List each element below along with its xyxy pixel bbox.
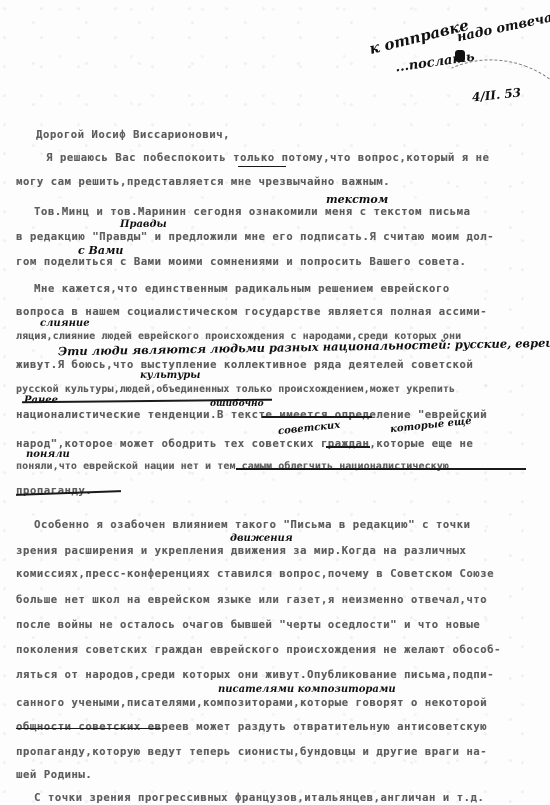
text-line-12: народ",которое может ободрить тех советс… xyxy=(16,438,473,450)
text-line-13: поняли,что еврейской нации нет и тем сам… xyxy=(16,461,449,472)
text-line-26: С точки зрения прогрессивных французов,и… xyxy=(34,792,484,804)
text-line-4: в редакцию "Правды" и предложили мне его… xyxy=(16,231,494,243)
strike-through-line-12 xyxy=(326,446,370,448)
document-page: к отправке надо отвечать ...послать 4/II… xyxy=(0,0,550,805)
text-line-1: Я решаюсь Вас побеспокоить только потому… xyxy=(46,152,489,164)
text-line-2: могу сам решить,представляется мне чрезв… xyxy=(16,176,390,188)
text-line-9: живут.Я боюсь,что выступление коллективн… xyxy=(16,359,473,371)
text-line-11: националистические тенденции.В тексте им… xyxy=(16,409,487,421)
text-line-7: вопроса в нашем социалистическом государ… xyxy=(16,306,487,318)
annotation-pisatelyami: писателями композиторами xyxy=(218,684,396,695)
text-line-20: поколения советских граждан еврейского п… xyxy=(16,644,501,656)
annotation-vami: с Вами xyxy=(78,244,123,257)
salutation: Дорогой Иосиф Виссарионович, xyxy=(36,129,230,141)
text-line-18: больше нет школ на еврейском языке или г… xyxy=(16,594,487,606)
strike-through-line-23 xyxy=(16,728,161,729)
annotation-tekstom: текстом xyxy=(326,193,388,206)
text-line-6: Мне кажется,что единственным радикальным… xyxy=(34,283,450,295)
text-line-17: комиссиях,пресс-конференциях ставился во… xyxy=(16,568,494,580)
text-line-16: зрения расширения и укрепления движения … xyxy=(16,545,466,557)
underline-mark xyxy=(238,166,286,167)
text-line-15: Особенно я озабочен влиянием такого "Пис… xyxy=(34,519,470,531)
strike-through-line-11 xyxy=(262,416,372,418)
strike-through-line-13 xyxy=(236,468,526,470)
text-line-23: общности советских евреев может раздуть … xyxy=(16,721,487,733)
annotation-kultury: культуры xyxy=(140,370,200,381)
annotation-strike-line: ошибочно xyxy=(210,399,264,409)
text-line-3: Тов.Минц и тов.Маринин сегодня ознакомил… xyxy=(34,206,470,218)
resolution-line-2: надо отвечать xyxy=(456,6,550,46)
annotation-dvizheniya: движения xyxy=(230,533,293,544)
text-line-10: русской культуры,людей,объединенных толь… xyxy=(16,384,455,395)
ink-blot xyxy=(455,50,465,62)
annotation-sliyanie: слияние xyxy=(40,318,90,329)
text-line-25: шей Родины. xyxy=(16,769,92,781)
text-line-24: пропаганду,которую ведут теперь сионисты… xyxy=(16,746,487,758)
text-line-5: гом поделиться с Вами моими сомнениями и… xyxy=(16,256,466,268)
text-line-21: ляться от народов,среди которых они живу… xyxy=(16,669,494,681)
annotation-pravdy: Правды xyxy=(120,219,167,230)
text-line-19: после войны не осталось очагов бывшей "ч… xyxy=(16,619,480,631)
annotation-sovetskikh: советских xyxy=(278,420,341,437)
text-line-22: санного учеными,писателями,композиторами… xyxy=(16,697,487,709)
annotation-ponyali: поняли xyxy=(26,449,70,460)
